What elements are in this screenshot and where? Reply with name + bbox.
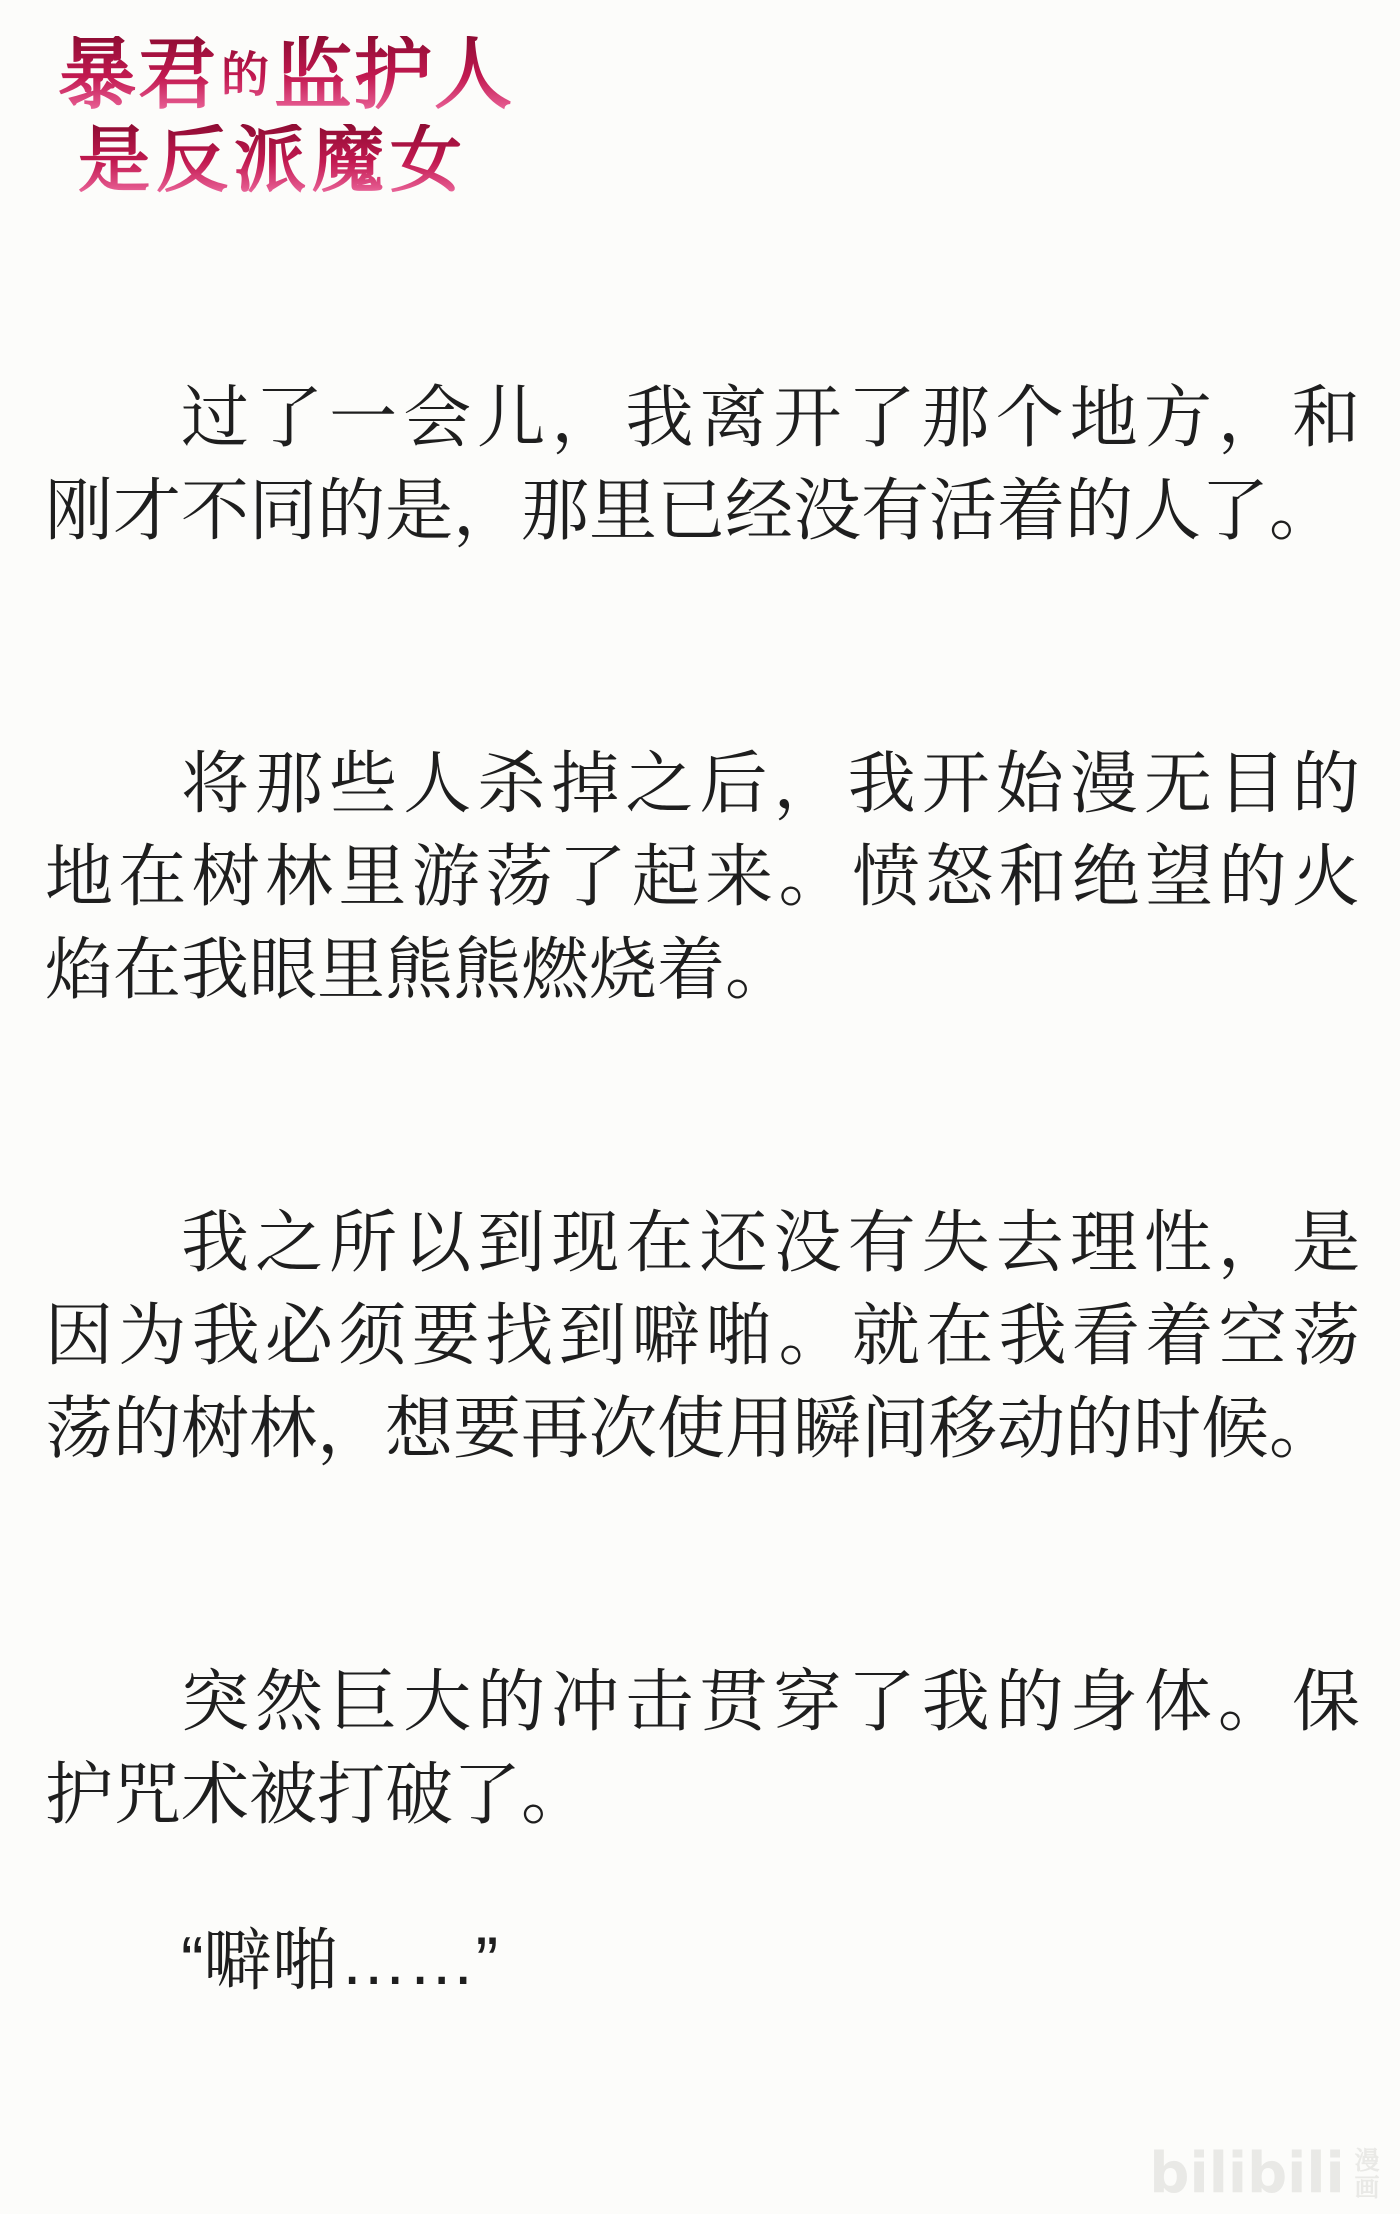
- series-logo-line1-part2: 监护人: [274, 29, 514, 120]
- paragraph-3: 我之所以到现在还没有失去理性，是 因为我必须要找到噼啪。就在我看着空荡 荡的树林…: [45, 1197, 1360, 1476]
- paragraph-line: “噼啪……”: [45, 1915, 1360, 2008]
- bilibili-manga-watermark: bilibili 漫画: [1149, 2146, 1378, 2202]
- series-logo: 暴君的监护人 是反派魔女: [58, 36, 514, 196]
- paragraph-line: 突然巨大的冲击贯穿了我的身体。保: [45, 1656, 1360, 1749]
- paragraph-line: 刚才不同的是，那里已经没有活着的人了。: [45, 465, 1360, 558]
- series-logo-line1: 暴君的监护人: [58, 36, 514, 114]
- series-logo-line1-part1: 暴君: [58, 29, 218, 120]
- paragraph-line: 将那些人杀掉之后，我开始漫无目的: [45, 738, 1360, 831]
- watermark-manhua-label: 漫画: [1352, 2147, 1378, 2201]
- paragraph-2: 将那些人杀掉之后，我开始漫无目的 地在树林里游荡了起来。愤怒和绝望的火 焰在我眼…: [45, 738, 1360, 1017]
- paragraph-5-quote: “噼啪……”: [45, 1915, 1360, 2008]
- paragraph-4: 突然巨大的冲击贯穿了我的身体。保 护咒术被打破了。: [45, 1656, 1360, 1842]
- series-logo-line2: 是反派魔女: [58, 124, 514, 196]
- novel-text: 过了一会儿，我离开了那个地方，和 刚才不同的是，那里已经没有活着的人了。 将那些…: [45, 372, 1360, 2008]
- bilibili-logo-text: bilibili: [1149, 2146, 1344, 2202]
- paragraph-line: 荡的树林，想要再次使用瞬间移动的时候。: [45, 1383, 1360, 1476]
- paragraph-line: 过了一会儿，我离开了那个地方，和: [45, 372, 1360, 465]
- paragraph-line: 护咒术被打破了。: [45, 1749, 1360, 1842]
- paragraph-line: 焰在我眼里熊熊燃烧着。: [45, 924, 1360, 1017]
- paragraph-1: 过了一会儿，我离开了那个地方，和 刚才不同的是，那里已经没有活着的人了。: [45, 372, 1360, 558]
- paragraph-line: 地在树林里游荡了起来。愤怒和绝望的火: [45, 831, 1360, 924]
- paragraph-line: 因为我必须要找到噼啪。就在我看着空荡: [45, 1290, 1360, 1383]
- series-logo-line1-de: 的: [221, 47, 271, 103]
- paragraph-line: 我之所以到现在还没有失去理性，是: [45, 1197, 1360, 1290]
